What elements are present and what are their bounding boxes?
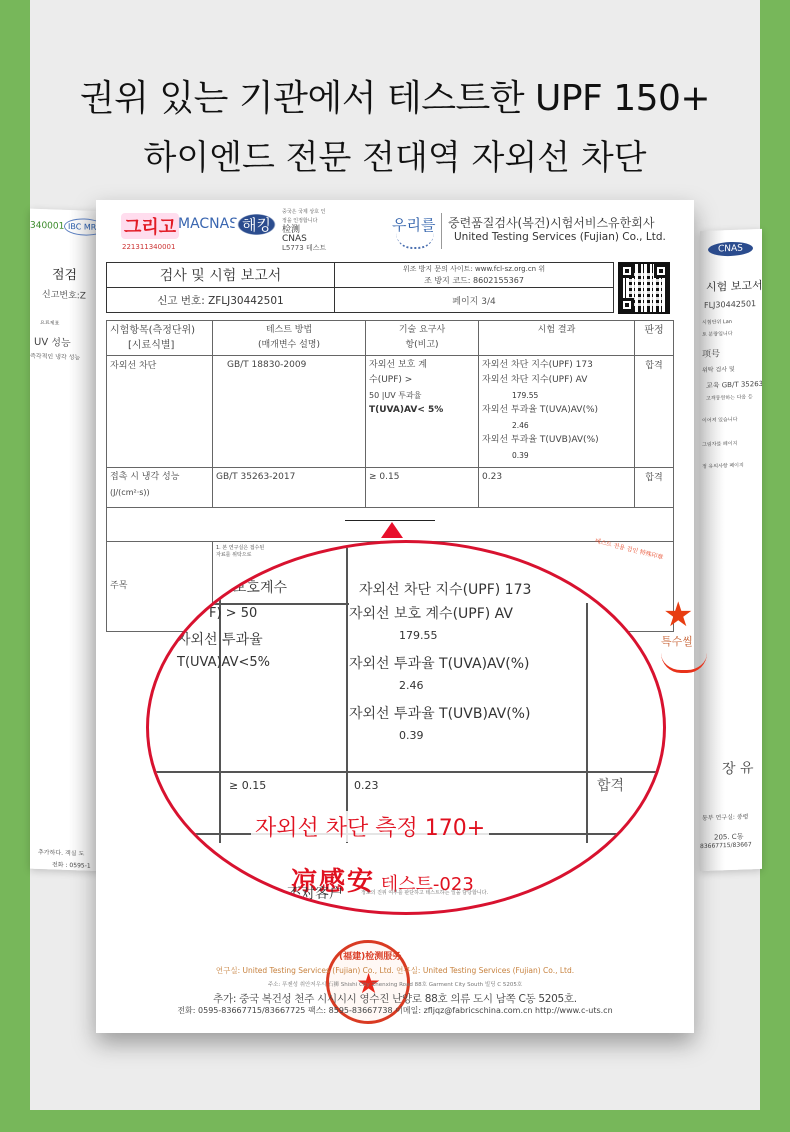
col-header-result-l1: 시험 결과 (482, 323, 631, 338)
lens-req-3: 자외선 투과율 (177, 629, 263, 649)
side-left-foot1: 추가하다. 객실 도 (38, 847, 84, 858)
result-upf: 자외선 차단 지수(UPF) 173 (482, 358, 631, 373)
footer-address-small: 주소: 푸젠성 취안저우시 石狮 Shishi City Zhenxing Ro… (96, 980, 694, 988)
lens-res-uva: 자외선 투과율 T(UVA)AV(%) (349, 653, 530, 673)
report-number: 신고 번호: ZFLJ30442501 (107, 288, 335, 313)
lens-line (219, 543, 221, 843)
company-name-english: United Testing Services (Fujian) Co., Lt… (454, 231, 666, 243)
table-row: 자외선 차단 GB/T 18830-2009 자외선 보호 계 수(UPF) >… (107, 356, 674, 468)
page-indicator: 페이지 3/4 (335, 288, 614, 313)
anti-fake-info: 위조 방지 문의 사이트: www.fcl-sz.org.cn 위 조 방지 코… (335, 263, 614, 288)
lens-line (149, 603, 349, 605)
row1-req-l1: 자외선 보호 계 (369, 358, 475, 373)
table-row: 접촉 시 냉각 성능 (J/(cm²·s)) GB/T 35263-2017 ≥… (107, 468, 674, 508)
side-left-report-no: 신고번호:Z (42, 287, 86, 302)
macnas-logo: MACNAS (178, 216, 238, 232)
row1-item: 자외선 차단 (107, 356, 213, 468)
cnas-note: 중국은 국제 상호 인정을 인정합니다 (282, 208, 326, 226)
lens-line (346, 543, 348, 843)
row1-method: GB/T 18830-2009 (213, 356, 366, 468)
col-header-verdict-l1: 판정 (638, 323, 670, 338)
lens-res-uvb-val: 0.39 (399, 729, 424, 742)
row2-item-l2: (J/(cm²·s)) (110, 485, 209, 500)
side-right-f1: 동부 연구실: 중령 (702, 811, 748, 822)
col-header-result: 시험 결과 (479, 321, 635, 356)
seal-text: (福建)检测服务 (339, 949, 401, 962)
col-header-method-l2: (매개변수 설명) (216, 338, 362, 353)
star-icon: ★ (663, 595, 693, 635)
cnas-logo-icon: CNAS (708, 241, 753, 257)
side-right-big: 장 유 (722, 757, 754, 778)
side-right-l4: 위탁 검사 및 (702, 364, 735, 374)
lens-row2-req: ≥ 0.15 (229, 779, 266, 792)
side-right-l6: 고객동원하는 다음 등 (706, 393, 753, 402)
magnifier-lens: 2보호계수 F) > 50 자외선 투과율 T(UVA)AV<5% 자외선 차단… (146, 540, 666, 915)
headline-line-2: 하이엔드 전문 전대역 자외선 차단 (0, 130, 790, 179)
row2-verdict: 합격 (635, 468, 674, 508)
result-uva-value: 2.46 (482, 418, 631, 433)
lens-res-upf: 자외선 차단 지수(UPF) 173 (359, 579, 531, 599)
company-name-korean: 중련품질검사(복건)시험서비스유한회사 (448, 214, 654, 231)
row1-req-l2: 수(UPF) > (369, 373, 475, 388)
special-seal-stamp: ★ 특수씰 (661, 595, 741, 685)
red-logo-number: 221311340001 (122, 243, 175, 251)
col-header-requirement: 기술 요구사 항(비고) (366, 321, 479, 356)
report-header-table: 검사 및 시험 보고서 위조 방지 문의 사이트: www.fcl-sz.org… (106, 262, 614, 313)
footer-address: 추가: 중국 복건성 천주 시시시시 영수진 난양로 88호 의류 도시 남쪽 … (96, 991, 694, 1006)
side-right-f3: 83667715/83667 (700, 841, 752, 850)
anti-fake-site: 위조 방지 문의 사이트: www.fcl-sz.org.cn 위 (335, 264, 613, 275)
upf-highlight-text: 자외선 차단 측정 170+ (251, 811, 489, 842)
cnas-code: L5773 테스트 (282, 244, 326, 253)
side-left-item: UV 성능 (34, 333, 71, 349)
footer-contact: 전화: 0595-83667715/83667725 팩스: 8595-8366… (96, 1005, 694, 1016)
side-document-right: CNAS 시험 보고서 FLJ30442501 시험단위 Lan 토 분량입니다… (700, 229, 762, 871)
footer-lab-name: 연구실: United Testing Services (Fujian) Co… (96, 965, 694, 976)
side-right-l7: 이어져 있습니다 (702, 416, 737, 424)
side-right-l2: 토 분량입니다 (702, 330, 733, 338)
row1-results: 자외선 차단 지수(UPF) 173 자외선 차단 지수(UPF) AV 179… (479, 356, 635, 468)
pointer-triangle-icon (381, 522, 403, 538)
side-right-l9: 정 유의사항 페이지 (702, 462, 744, 470)
haeking-logo: 해킹 (234, 212, 279, 237)
lens-req-1: 2보호계수 (224, 577, 287, 597)
headline-line-1: 권위 있는 기관에서 테스트한 UPF 150+ (0, 70, 790, 121)
row1-requirement: 자외선 보호 계 수(UPF) > 50 |UV 투과율 T(UVA)AV< 5… (366, 356, 479, 468)
col-header-item-l1: 시험항목(측정단위) (110, 323, 209, 338)
lens-bottom-text: 内容，不对客户 (245, 883, 343, 903)
col-header-method: 테스트 방법 (매개변수 설명) (213, 321, 366, 356)
col-header-verdict: 판정 (635, 321, 674, 356)
side-right-l1: 시험단위 Lan (702, 318, 732, 326)
uts-badge-icon (396, 233, 434, 249)
side-right-l5: 교육 GB/T 35263- (706, 379, 762, 391)
col-header-item-l2: [시료식별] (110, 338, 209, 353)
row2-result: 0.23 (479, 468, 635, 508)
side-left-title: 점검 (52, 263, 77, 283)
side-left-small: 요료제표 (40, 319, 59, 327)
side-right-l3: 项号 (702, 346, 720, 360)
table-header-row: 시험항목(측정단위) [시료식별] 테스트 방법 (매개변수 설명) 기술 요구… (107, 321, 674, 356)
cnas-accreditation-block: 중국은 국제 상호 인정을 인정합니다 检测 CNAS L5773 테스트 (282, 208, 326, 253)
col-header-req-l2: 항(비고) (369, 338, 475, 353)
lens-line (586, 603, 588, 843)
side-right-title: 시험 보고서 (706, 277, 762, 295)
anti-fake-code: 조 방지 코드: 8602155367 (335, 275, 613, 286)
lens-res-uvb: 자외선 투과율 T(UVB)AV(%) (349, 703, 530, 723)
lens-row2-verdict: 합격 (597, 775, 624, 795)
col-header-req-l1: 기술 요구사 (369, 323, 475, 338)
logo-divider (441, 213, 442, 249)
row1-req-l3: 50 |UV 투과율 (369, 388, 475, 403)
report-title: 검사 및 시험 보고서 (107, 263, 335, 288)
result-upf-av-label: 자외선 차단 지수(UPF) AV (482, 373, 631, 388)
macnas-text: MACNAS (178, 216, 238, 232)
lens-req-4: T(UVA)AV<5% (177, 655, 270, 670)
cnas-label: CNAS (282, 235, 326, 244)
lens-row2-res: 0.23 (354, 779, 379, 792)
result-uvb-value: 0.39 (482, 448, 631, 463)
result-uvb-label: 자외선 투과율 T(UVB)AV(%) (482, 433, 631, 448)
row2-item-l1: 접촉 시 냉각 성능 (110, 470, 209, 485)
red-brand-logo: 그리고 (121, 213, 179, 239)
lens-bottom-small: 정보의 진위 여부를 판단하고 테스트하는 일을 담당합니다. (361, 889, 488, 896)
lens-res-uva-val: 2.46 (399, 679, 424, 692)
side-left-item2: 즉각적인 냉각 성능 (30, 351, 80, 362)
seal-arc (661, 653, 707, 673)
side-left-code: 340001 (30, 221, 64, 232)
row2-requirement: ≥ 0.15 (366, 468, 479, 508)
lens-line (149, 771, 666, 773)
side-right-l8: 그림자를 페이지 (702, 440, 737, 448)
row1-req-l4: T(UVA)AV< 5% (369, 405, 443, 415)
lens-res-upf-av: 자외선 보호 계수(UPF) AV (349, 603, 513, 623)
side-right-report-no: FLJ30442501 (704, 299, 756, 310)
row2-item: 접촉 시 냉각 성능 (J/(cm²·s)) (107, 468, 213, 508)
side-left-foot2: 전화 : 0595-1 (52, 859, 91, 869)
test-report-document: 그리고 221311340001 MACNAS 해킹 중국은 국제 상호 인정을… (96, 200, 694, 1033)
qr-code-icon (618, 262, 670, 314)
result-upf-av-value: 179.55 (482, 388, 631, 403)
row1-verdict: 합격 (635, 356, 674, 468)
col-header-item: 시험항목(측정단위) [시료식별] (107, 321, 213, 356)
special-seal-label: 특수씰 (661, 633, 693, 649)
col-header-method-l1: 테스트 방법 (216, 323, 362, 338)
uts-logo-text: 우리를 (392, 214, 435, 235)
result-uva-label: 자외선 투과율 T(UVA)AV(%) (482, 403, 631, 418)
pointer-line (345, 520, 435, 521)
lens-req-2: F) > 50 (209, 606, 257, 621)
row2-method: GB/T 35263-2017 (213, 468, 366, 508)
lens-res-upf-av-val: 179.55 (399, 629, 438, 642)
